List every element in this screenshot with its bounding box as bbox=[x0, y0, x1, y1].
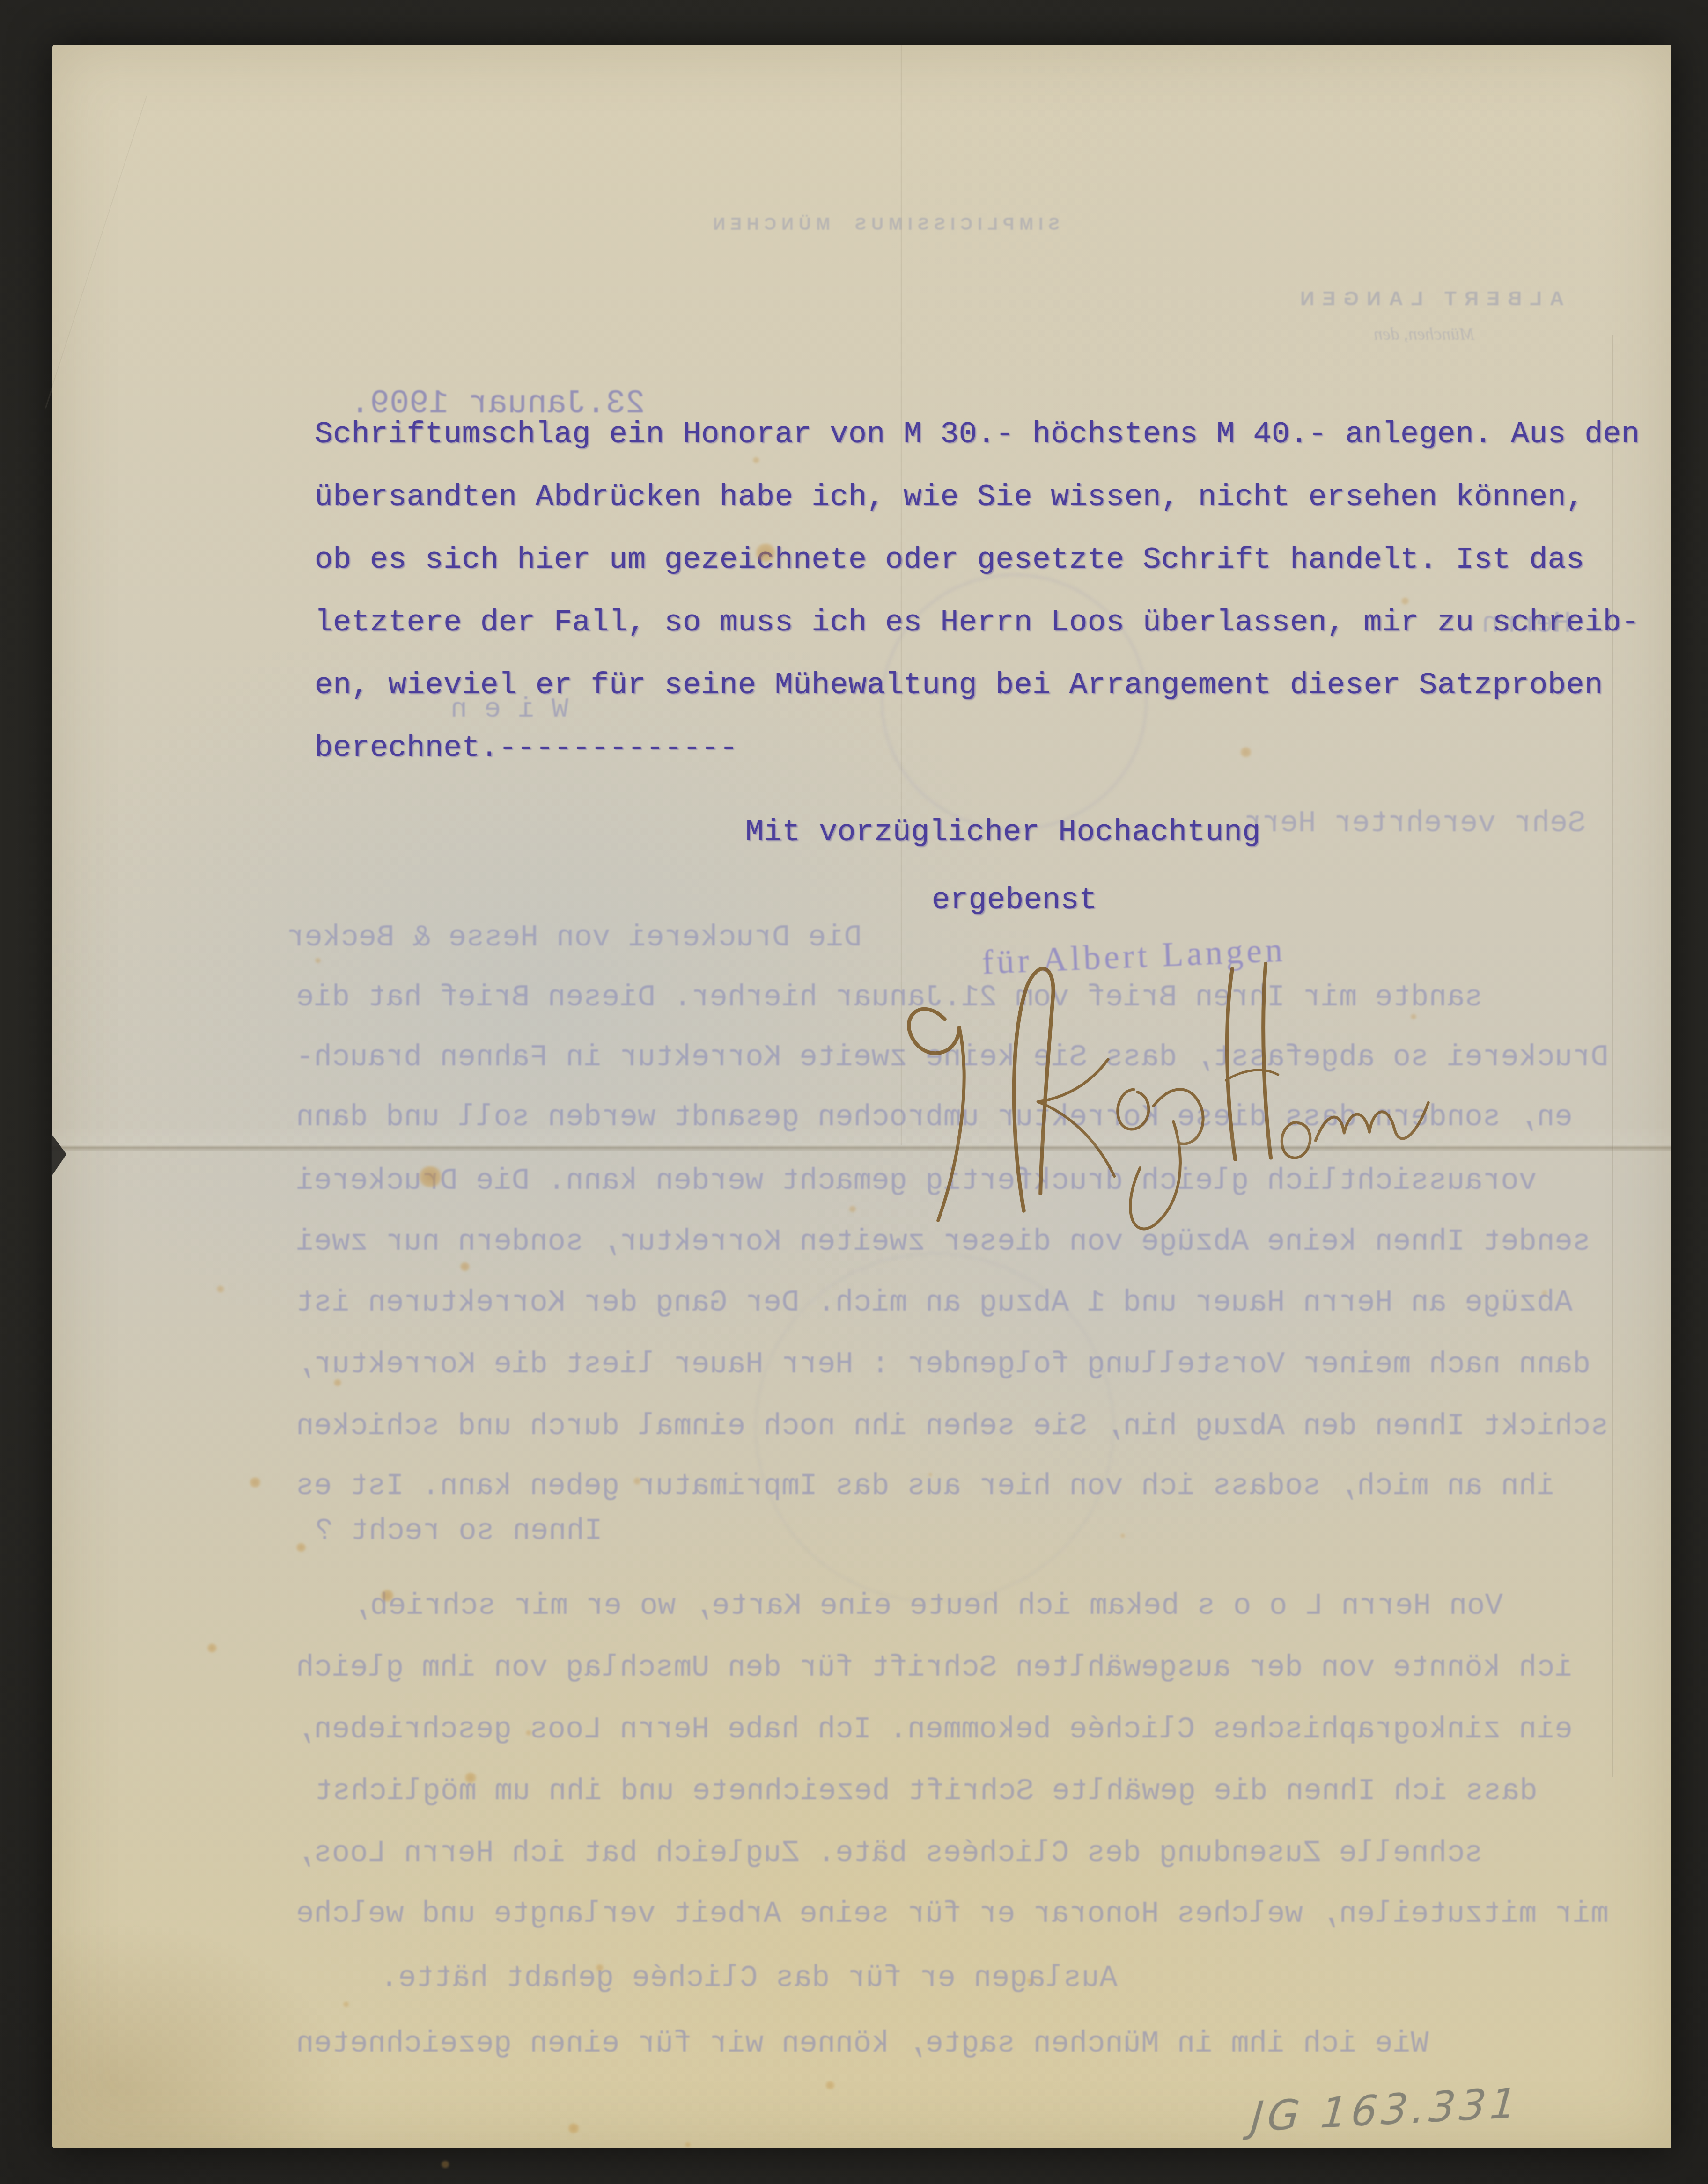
bleedthrough-line: Abzüge an Herrn Hauer und 1 Abzug an mic… bbox=[296, 1286, 1573, 1320]
foxing-spot bbox=[1240, 747, 1252, 757]
foxing-spot bbox=[216, 1285, 225, 1293]
bleedthrough-line: ein zinkographisches Clichée bekommen. I… bbox=[296, 1713, 1573, 1747]
signature-handwritten bbox=[881, 924, 1462, 1262]
foxing-spot bbox=[1026, 1978, 1033, 1984]
typed-line: Schriftumschlag ein Honorar von M 30.- h… bbox=[315, 417, 1640, 452]
typed-line: en, wieviel er für seine Mühewaltung bei… bbox=[315, 668, 1603, 703]
foxing-spot bbox=[460, 1262, 470, 1271]
fold-crease-highlight bbox=[52, 1126, 1671, 1145]
foxing-spot bbox=[633, 1477, 641, 1485]
foxing-spot bbox=[596, 1964, 604, 1971]
foxing-spot bbox=[825, 2081, 835, 2089]
typed-line: berechnet.------------- bbox=[315, 731, 738, 765]
bleedthrough-line: Wie ich ihm in München sagte, können wir… bbox=[296, 2027, 1429, 2061]
bleedthrough-letterhead-publisher: ALBERT LANGEN bbox=[1292, 287, 1564, 310]
foxing-spot bbox=[1120, 1533, 1126, 1538]
foxing-spot bbox=[380, 1590, 394, 1602]
fold-crease-horizontal bbox=[52, 1145, 1671, 1151]
bleedthrough-letterhead-dateline: München, den bbox=[1374, 324, 1474, 344]
bleedthrough-line: Ihnen so recht ? bbox=[315, 1515, 603, 1548]
crease-diagonal-topleft bbox=[45, 96, 147, 409]
bleedthrough-line: dass ich Ihnen die gewählte Schrift beze… bbox=[315, 1775, 1538, 1809]
foxing-spot bbox=[315, 958, 321, 963]
foxing-spot bbox=[441, 2161, 449, 2168]
archive-shelfmark-pencil: JG 163.331 bbox=[1249, 2079, 1523, 2141]
bleedthrough-paragraph-first-line: Die Druckerei von Hesse & Becker bbox=[287, 921, 862, 955]
bleedthrough-line: Auslagen er für das Clichée gehabt hätte… bbox=[380, 1962, 1118, 1995]
bleedthrough-line: schnelle Zusendung des Clichées bäte. Zu… bbox=[296, 1837, 1483, 1870]
typed-line: übersandten Abdrücken habe ich, wie Sie … bbox=[315, 480, 1584, 514]
foxing-spot bbox=[249, 1477, 261, 1488]
scan-background: SIMPLICISSIMUS MÜNCHEN ALBERT LANGEN Mün… bbox=[0, 0, 1708, 2184]
foxing-spot bbox=[418, 1166, 443, 1187]
bleedthrough-line: schickt Ihnen den Abzug hin, Sie sehen i… bbox=[296, 1410, 1609, 1444]
foxing-spot bbox=[848, 1206, 857, 1212]
foxing-spot bbox=[464, 1772, 477, 1783]
foxing-spot bbox=[752, 457, 760, 463]
bleedthrough-line: ich könnte von der ausgewählten Schrift … bbox=[296, 1651, 1573, 1685]
foxing-spot bbox=[333, 1379, 342, 1386]
letter-sheet: SIMPLICISSIMUS MÜNCHEN ALBERT LANGEN Mün… bbox=[52, 45, 1671, 2148]
fold-crease-vertical-right bbox=[1612, 335, 1614, 1777]
foxing-spot bbox=[1541, 1290, 1548, 1296]
foxing-spot bbox=[1401, 597, 1409, 605]
foxing-spot bbox=[343, 2001, 349, 2007]
foxing-spot bbox=[567, 2123, 580, 2133]
bleedthrough-line: mir mitzuteilen, welches Honorar er für … bbox=[296, 1898, 1609, 1931]
typed-line: letztere der Fall, so muss ich es Herrn … bbox=[315, 605, 1640, 640]
foxing-spot bbox=[685, 2142, 691, 2147]
bleedthrough-line: ihn an mich, sodass ich von hier aus das… bbox=[296, 1470, 1554, 1503]
bleedthrough-salutation: Sehr verehrter Herr bbox=[1244, 807, 1586, 841]
foxing-spot bbox=[928, 1473, 933, 1477]
fold-crease-vertical-center bbox=[900, 45, 902, 1145]
closing-salutation: Mit vorzüglicher Hochachtung bbox=[745, 815, 1261, 850]
foxing-spot bbox=[755, 543, 776, 562]
foxing-spot bbox=[525, 1730, 532, 1736]
closing-word: ergebenst bbox=[932, 883, 1097, 917]
bleedthrough-letterhead-series: SIMPLICISSIMUS MÜNCHEN bbox=[708, 214, 1060, 234]
foxing-spot bbox=[207, 1643, 217, 1653]
typed-line: ob es sich hier um gezeichnete oder gese… bbox=[315, 542, 1584, 577]
foxing-spot bbox=[296, 1543, 306, 1552]
foxing-spot bbox=[1410, 1014, 1417, 1019]
bleedthrough-line: dann nach meiner Vorstellung folgender :… bbox=[296, 1348, 1590, 1382]
bleedthrough-line: Von Herrn L o o s bekam ich heute eine K… bbox=[352, 1590, 1503, 1623]
